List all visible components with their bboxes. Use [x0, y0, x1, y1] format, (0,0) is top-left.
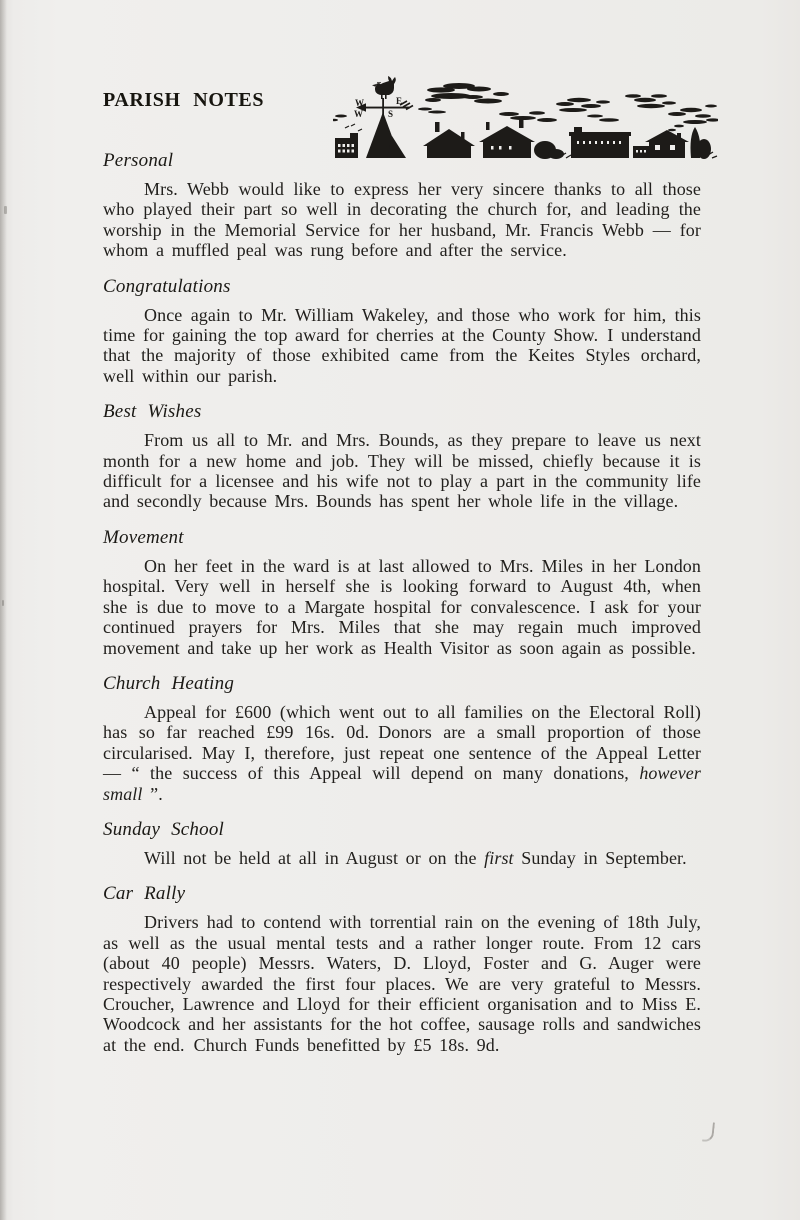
- cottage-icon: [479, 126, 535, 158]
- section-best-wishes: Best Wishes From us all to Mr. and Mrs. …: [103, 401, 701, 512]
- compass-letter-south: S: [388, 109, 393, 119]
- text-run: Sunday in September.: [514, 848, 687, 868]
- barn-icon: [571, 134, 629, 158]
- section-movement: Movement On her feet in the ward is at l…: [103, 527, 701, 658]
- page-content: PARISH NOTES: [103, 88, 701, 1055]
- text-run: Will not be held at all in August or on …: [144, 848, 484, 868]
- text-run: Appeal for £600 (which went out to all f…: [103, 702, 701, 783]
- section-paragraph: Once again to Mr. William Wakeley, and t…: [103, 305, 701, 387]
- section-heading: Best Wishes: [103, 401, 701, 423]
- section-paragraph: Drivers had to contend with torrential r…: [103, 912, 701, 1055]
- scan-speck: [2, 600, 4, 606]
- section-heading: Church Heating: [103, 673, 701, 695]
- section-heading: Congratulations: [103, 276, 701, 298]
- compass-letter-west-lower: W: [354, 109, 363, 119]
- text-run: From us all to Mr. and Mrs. Bounds, as t…: [103, 430, 701, 511]
- section-congratulations: Congratulations Once again to Mr. Willia…: [103, 276, 701, 387]
- section-heading: Sunday School: [103, 819, 701, 841]
- compass-letter-west-upper: W: [355, 98, 364, 108]
- section-personal: Personal Mrs. Webb would like to express…: [103, 150, 701, 261]
- scan-edge-shadow: [0, 0, 7, 1220]
- scan-speck: [4, 206, 7, 214]
- cottage-icon: [423, 129, 475, 158]
- scan-artifact: [702, 1121, 715, 1142]
- text-run: On her feet in the ward is at last allow…: [103, 556, 701, 658]
- section-heading: Movement: [103, 527, 701, 549]
- cottage-icon: [645, 130, 689, 158]
- village-skyline-illustration: W E W S: [333, 76, 718, 160]
- text-run: Mrs. Webb would like to express her very…: [103, 179, 701, 260]
- compass-letter-east: E: [396, 96, 402, 106]
- text-run-italic: first: [484, 848, 514, 868]
- section-church-heating: Church Heating Appeal for £600 (which we…: [103, 673, 701, 804]
- section-sunday-school: Sunday School Will not be held at all in…: [103, 819, 701, 868]
- weathervane-icon: W E W S: [354, 76, 413, 119]
- section-paragraph: From us all to Mr. and Mrs. Bounds, as t…: [103, 430, 701, 512]
- text-run: Drivers had to contend with torrential r…: [103, 912, 701, 1054]
- section-paragraph: Appeal for £600 (which went out to all f…: [103, 702, 701, 804]
- section-paragraph: Will not be held at all in August or on …: [103, 848, 701, 868]
- section-paragraph: On her feet in the ward is at last allow…: [103, 556, 701, 658]
- section-paragraph: Mrs. Webb would like to express her very…: [103, 179, 701, 261]
- text-run: Once again to Mr. William Wakeley, and t…: [103, 305, 701, 386]
- text-run: ”.: [143, 784, 163, 804]
- section-heading: Car Rally: [103, 883, 701, 905]
- parish-notes-page: PARISH NOTES: [0, 0, 800, 1220]
- section-car-rally: Car Rally Drivers had to contend with to…: [103, 883, 701, 1055]
